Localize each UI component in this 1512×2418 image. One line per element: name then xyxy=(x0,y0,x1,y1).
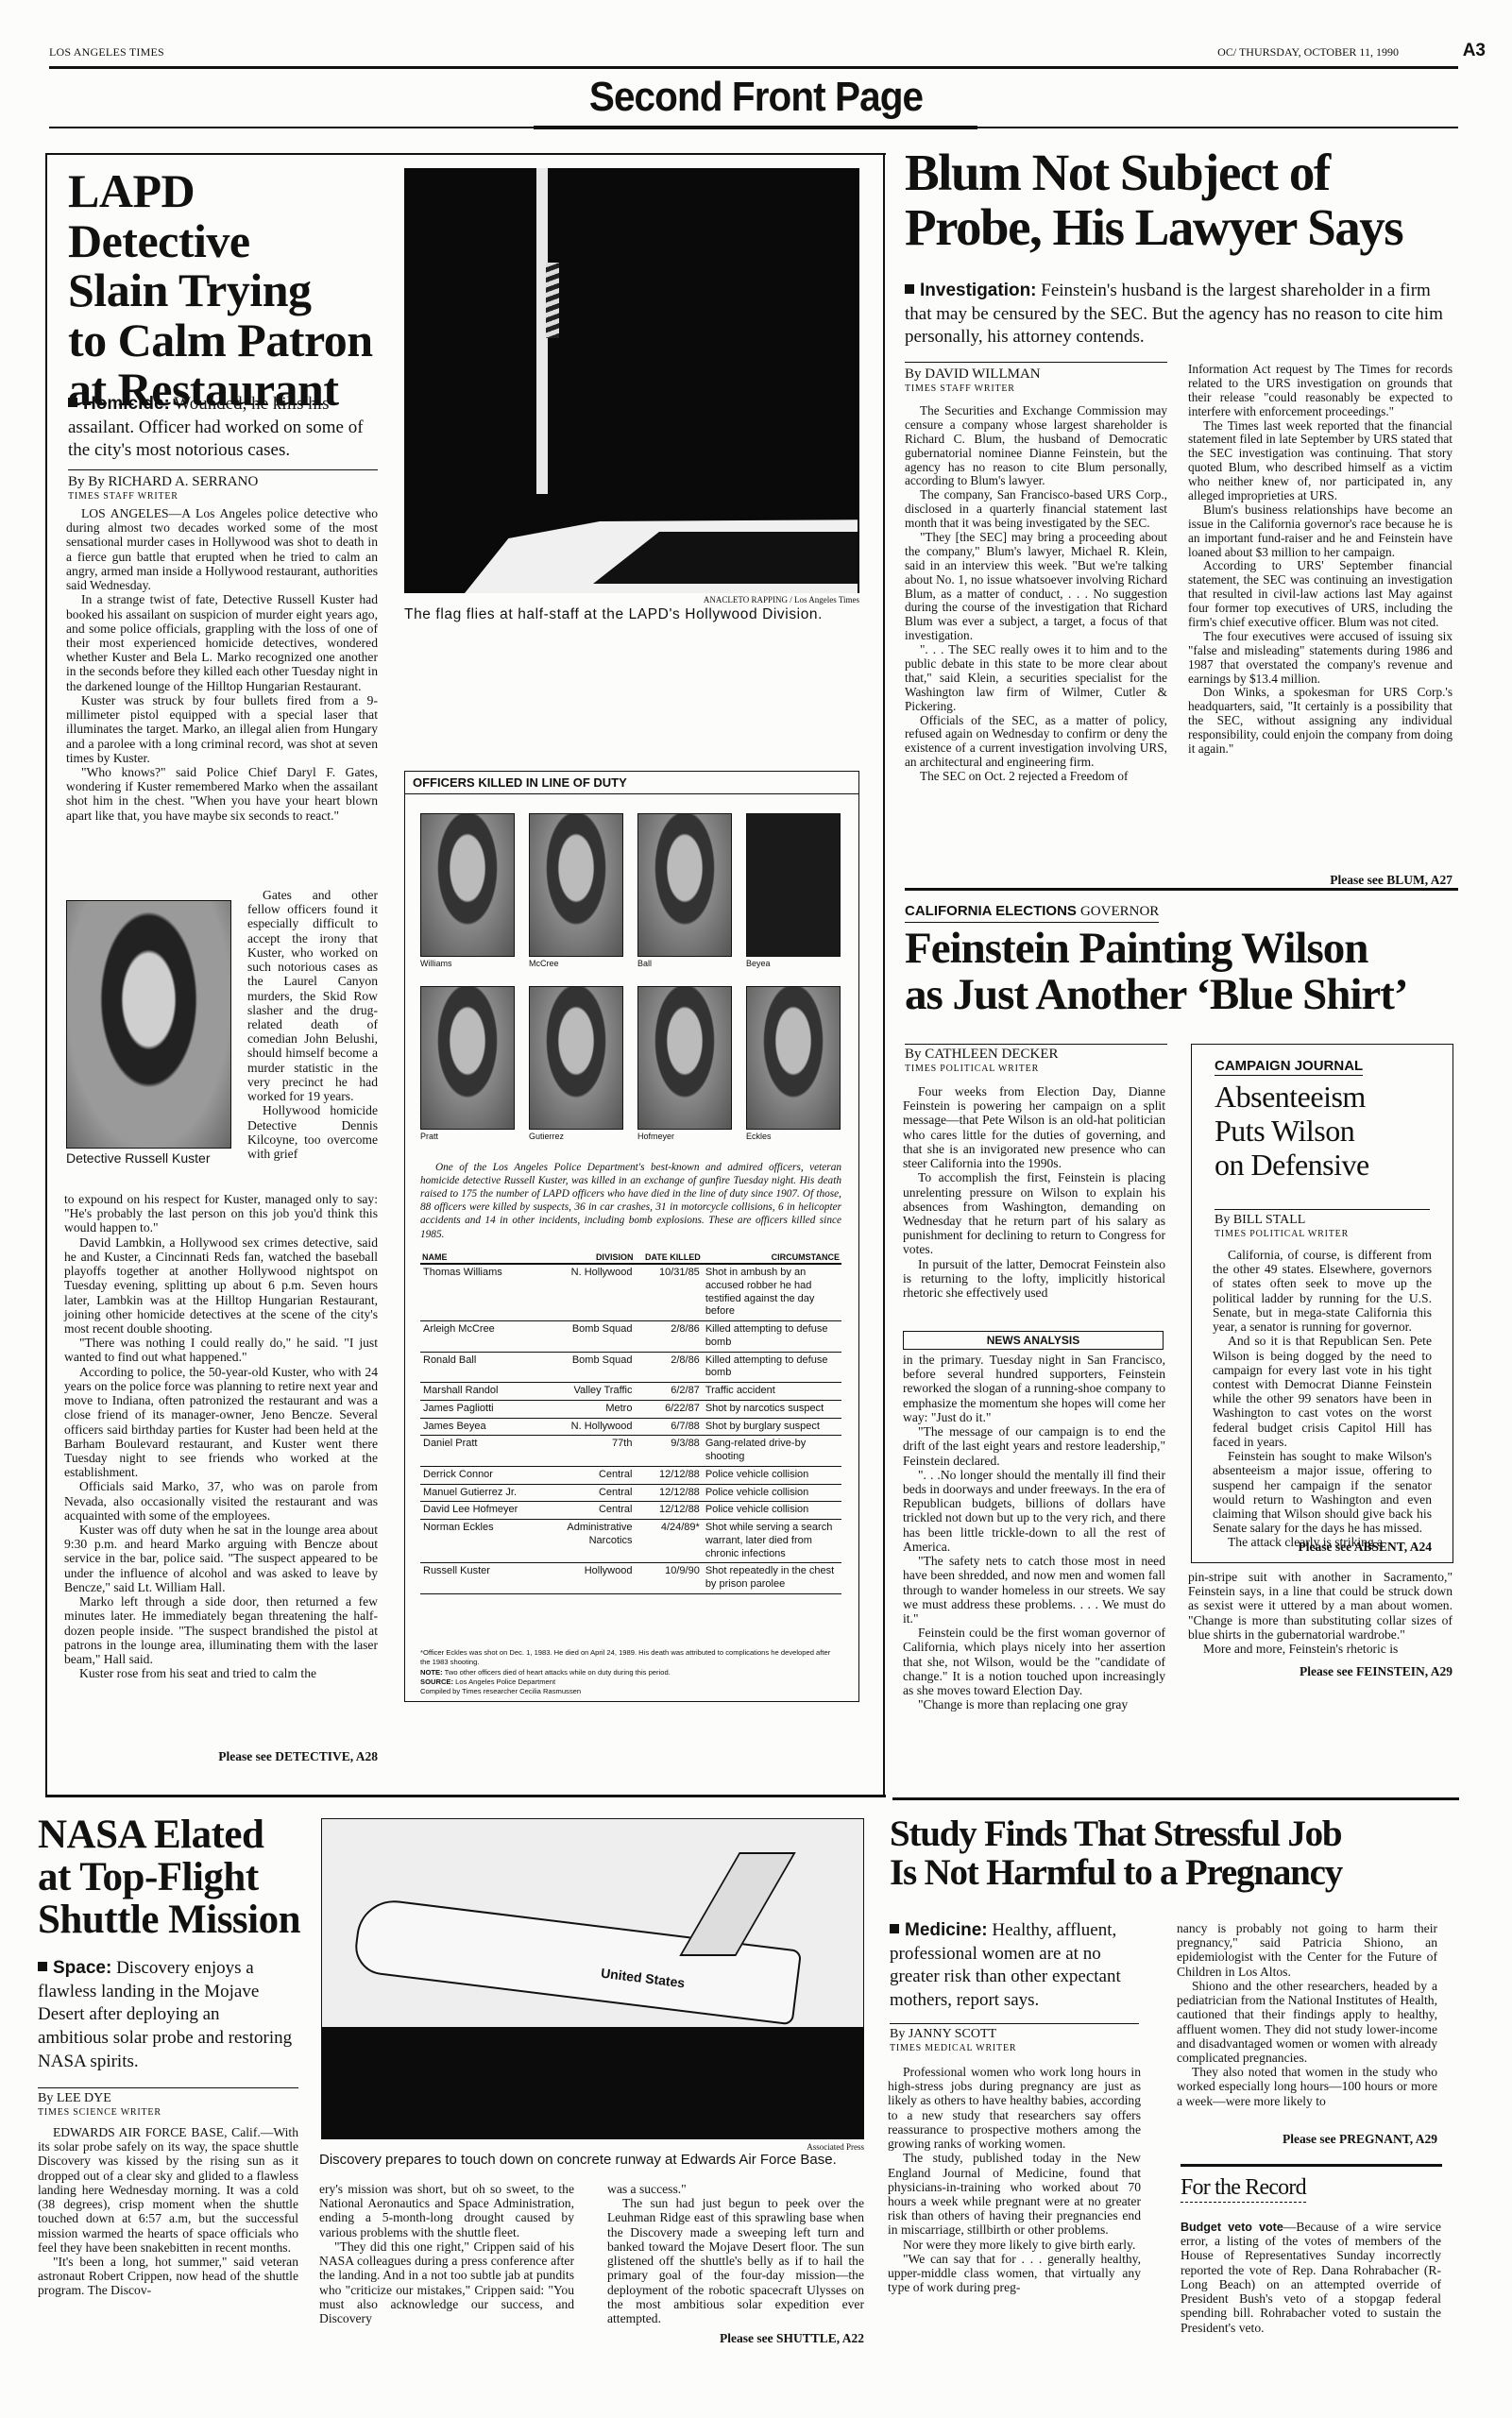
kuster-portrait xyxy=(66,900,231,1149)
cell-date: 6/7/88 xyxy=(635,1418,702,1436)
cell-date: 10/9/90 xyxy=(635,1563,702,1594)
compiled-credit: Compiled by Times researcher Cecilia Ras… xyxy=(420,1687,841,1696)
shuttle-photo-caption: Discovery prepares to touch down on conc… xyxy=(319,2152,867,2168)
paragraph: They also noted that women in the study … xyxy=(1177,2065,1437,2108)
paragraph: Officials said Marko, 37, who was on par… xyxy=(64,1479,378,1523)
campaign-journal-jump-link[interactable]: Please see ABSENT, A24 xyxy=(1230,1540,1432,1555)
cell-date: 4/24/89* xyxy=(635,1520,702,1563)
cell-date: 6/2/87 xyxy=(635,1383,702,1401)
campaign-journal-box: CAMPAIGN JOURNAL Absenteeism Puts Wilson… xyxy=(1191,1044,1453,1563)
for-the-record-body: Budget veto vote—Because of a wire servi… xyxy=(1181,2220,1441,2335)
blum-byline: By DAVID WILLMAN xyxy=(905,366,1041,383)
table-row: Marshall RandolValley Traffic6/2/87Traff… xyxy=(420,1383,841,1401)
feinstein-body-col1-bottom: in the primary. Tuesday night in San Fra… xyxy=(903,1353,1165,1711)
lapd-deck: Homicide: Wounded, he kills his assailan… xyxy=(68,393,380,463)
paragraph: Kuster was struck by four bullets fired … xyxy=(66,693,378,765)
paragraph: The four executives were accused of issu… xyxy=(1188,630,1453,687)
bottom-section-rule-right xyxy=(892,1797,1459,1800)
cell-circumstance: Gang-related drive-by shooting xyxy=(703,1436,841,1467)
headline-line: LAPD Detective xyxy=(68,166,380,265)
portrait-eckles xyxy=(746,986,841,1130)
blum-credit: TIMES STAFF WRITER xyxy=(905,383,1015,394)
lapd-border-right xyxy=(883,153,885,1796)
byline-rule xyxy=(38,2087,298,2088)
cell-date: 2/8/86 xyxy=(635,1321,702,1353)
lapd-headline[interactable]: LAPD Detective Slain Trying to Calm Patr… xyxy=(68,166,380,415)
nasa-body-col2: ery's mission was short, but oh so sweet… xyxy=(319,2182,574,2325)
cell-circumstance: Police vehicle collision xyxy=(703,1466,841,1484)
feinstein-credit: TIMES POLITICAL WRITER xyxy=(905,1064,1039,1074)
cell-name: Derrick Connor xyxy=(420,1466,538,1484)
cell-date: 2/8/86 xyxy=(635,1352,702,1383)
section-title: Second Front Page xyxy=(60,74,1452,121)
cell-name: Russell Kuster xyxy=(420,1563,538,1594)
nasa-byline: By LEE DYE xyxy=(38,2091,111,2106)
cell-date: 12/12/88 xyxy=(635,1484,702,1502)
cell-name: Marshall Randol xyxy=(420,1383,538,1401)
deck-label: Homicide: xyxy=(83,394,170,414)
footnote: *Officer Eckles was shot on Dec. 1, 1983… xyxy=(420,1648,841,1668)
portrait-label: Ball xyxy=(637,959,652,968)
shuttle-tail xyxy=(679,1852,796,1956)
feinstein-byline: By CATHLEEN DECKER xyxy=(905,1047,1059,1063)
edition-date: OC/ THURSDAY, OCTOBER 11, 1990 xyxy=(1217,45,1399,60)
lapd-border-left xyxy=(45,153,47,1796)
campaign-journal-credit: TIMES POLITICAL WRITER xyxy=(1215,1229,1349,1239)
paragraph: to expound on his respect for Kuster, ma… xyxy=(64,1192,378,1235)
paragraph: Feinstein could be the first woman gover… xyxy=(903,1626,1165,1697)
paragraph: In a strange twist of fate, Detective Ru… xyxy=(66,592,378,693)
paragraph: According to URS' September financial st… xyxy=(1188,559,1453,629)
paragraph: Hollywood homicide Detective Dennis Kilc… xyxy=(247,1103,378,1161)
page-number: A3 xyxy=(1463,41,1486,61)
campaign-journal-byline: By BILL STALL xyxy=(1215,1213,1305,1228)
cell-circumstance: Traffic accident xyxy=(703,1383,841,1401)
cell-circumstance: Shot in ambush by an accused robber he h… xyxy=(703,1264,841,1321)
paragraph: ". . . The SEC really owes it to him and… xyxy=(905,643,1167,713)
paragraph: EDWARDS AIR FORCE BASE, Calif.—With its … xyxy=(38,2125,298,2255)
officers-box-intro: One of the Los Angeles Police Department… xyxy=(420,1161,841,1241)
byline-rule xyxy=(1215,1209,1430,1210)
cell-division: Hollywood xyxy=(538,1563,636,1594)
cell-circumstance: Police vehicle collision xyxy=(703,1484,841,1502)
lapd-credit: TIMES STAFF WRITER xyxy=(68,491,178,502)
cell-name: James Pagliotti xyxy=(420,1400,538,1418)
lapd-border-top xyxy=(45,153,886,155)
source-text: Los Angeles Police Department xyxy=(455,1677,555,1686)
lapd-body-top: LOS ANGELES—A Los Angeles police detecti… xyxy=(66,506,378,823)
paragraph: Four weeks from Election Day, Dianne Fei… xyxy=(903,1084,1165,1170)
cell-name: Ronald Ball xyxy=(420,1352,538,1383)
paragraph: Kuster was off duty when he sat in the l… xyxy=(64,1523,378,1594)
headline-line: as Just Another ‘Blue Shirt’ xyxy=(905,972,1471,1018)
cell-name: Daniel Pratt xyxy=(420,1436,538,1467)
column-header-circumstance: CIRCUMSTANCE xyxy=(703,1252,841,1264)
cell-division: Central xyxy=(538,1484,636,1502)
paragraph: David Lambkin, a Hollywood sex crimes de… xyxy=(64,1235,378,1337)
paragraph: "It's been a long, hot summer," said vet… xyxy=(38,2255,298,2298)
paragraph: According to police, the 50-year-old Kus… xyxy=(64,1365,378,1480)
byline-rule xyxy=(890,2023,1139,2024)
officers-table-body: Thomas WilliamsN. Hollywood10/31/85Shot … xyxy=(420,1264,841,1593)
paragraph: ". . .No longer should the mentally ill … xyxy=(903,1468,1165,1554)
cell-name: Thomas Williams xyxy=(420,1264,538,1321)
pregnancy-jump-link[interactable]: Please see PREGNANT, A29 xyxy=(1228,2132,1437,2147)
pregnancy-body-col1: Professional women who work long hours i… xyxy=(888,2065,1141,2295)
paragraph: Marko left through a side door, then ret… xyxy=(64,1594,378,1666)
newspaper-name: LOS ANGELES TIMES xyxy=(49,45,164,60)
table-row: Manuel Gutierrez Jr.Central12/12/88Polic… xyxy=(420,1484,841,1502)
portrait-label: Beyea xyxy=(746,959,771,968)
shuttle-photo: United States xyxy=(321,1818,864,2139)
kicker-sub: GOVERNOR xyxy=(1080,904,1159,919)
cell-division: Central xyxy=(538,1466,636,1484)
kuster-portrait-caption: Detective Russell Kuster xyxy=(66,1150,211,1166)
paragraph: Blum's business relationships have becom… xyxy=(1188,503,1453,560)
headline-line: at Top-Flight xyxy=(38,1856,312,1899)
portrait-hofmeyer xyxy=(637,986,732,1130)
headline-line: Absenteeism xyxy=(1215,1081,1441,1115)
campaign-journal-body: California, of course, is different from… xyxy=(1213,1248,1432,1550)
table-row: Daniel Pratt77th9/3/88Gang-related drive… xyxy=(420,1436,841,1467)
campaign-journal-label: CAMPAIGN JOURNAL xyxy=(1215,1058,1363,1076)
cell-circumstance: Police vehicle collision xyxy=(703,1502,841,1520)
for-the-record-title: For the Record xyxy=(1181,2176,1306,2203)
table-row: James BeyeaN. Hollywood6/7/88Shot by bur… xyxy=(420,1418,841,1436)
paragraph: nancy is probably not going to harm thei… xyxy=(1177,1921,1437,1979)
portrait-label: Eckles xyxy=(746,1132,772,1141)
paragraph: The sun had just begun to peek over the … xyxy=(607,2196,864,2325)
paragraph: Nor were they more likely to give birth … xyxy=(888,2238,1141,2252)
paragraph: "Change is more than replacing one gray xyxy=(903,1697,1165,1711)
paragraph: "There was nothing I could really do," h… xyxy=(64,1336,378,1364)
section-rule-accent xyxy=(534,126,977,129)
pregnancy-deck: Medicine: Healthy, affluent, professiona… xyxy=(890,1919,1140,2013)
bullet-square-icon xyxy=(68,398,77,407)
deck-label: Space: xyxy=(53,1958,111,1978)
paragraph: pin-stripe suit with another in Sacramen… xyxy=(1188,1570,1453,1642)
top-rule xyxy=(49,66,1458,69)
for-the-record-lead: Budget veto vote xyxy=(1181,2221,1283,2234)
cell-name: David Lee Hofmeyer xyxy=(420,1502,538,1520)
flag-photo xyxy=(404,168,859,593)
pregnancy-body-col2: nancy is probably not going to harm thei… xyxy=(1177,1921,1437,2108)
deck-label: Medicine: xyxy=(905,1920,988,1940)
paragraph: The study, published today in the New En… xyxy=(888,2151,1141,2237)
news-analysis-label: NEWS ANALYSIS xyxy=(903,1331,1164,1350)
cell-date: 12/12/88 xyxy=(635,1466,702,1484)
portrait-williams xyxy=(420,813,515,957)
paragraph: in the primary. Tuesday night in San Fra… xyxy=(903,1353,1165,1424)
headline-line: Blum Not Subject of xyxy=(905,145,1471,200)
cell-division: 77th xyxy=(538,1436,636,1467)
byline-rule xyxy=(905,1044,1167,1045)
portrait-beyea xyxy=(746,813,841,957)
lapd-body-bottom: to expound on his respect for Kuster, ma… xyxy=(64,1192,378,1680)
table-row: Russell KusterHollywood10/9/90Shot repea… xyxy=(420,1563,841,1594)
paragraph: Professional women who work long hours i… xyxy=(888,2065,1141,2151)
blum-deck: Investigation: Feinstein's husband is th… xyxy=(905,280,1448,349)
cell-circumstance: Shot by burglary suspect xyxy=(703,1418,841,1436)
cell-date: 6/22/87 xyxy=(635,1400,702,1418)
blum-body-col2: Information Act request by The Times for… xyxy=(1188,363,1453,757)
paragraph: Shiono and the other researchers, headed… xyxy=(1177,1979,1437,2065)
bullet-square-icon xyxy=(890,1924,899,1933)
headline-line: NASA Elated xyxy=(38,1813,312,1856)
nasa-credit: TIMES SCIENCE WRITER xyxy=(38,2107,161,2118)
table-row: Thomas WilliamsN. Hollywood10/31/85Shot … xyxy=(420,1264,841,1321)
byline-rule xyxy=(68,469,378,470)
kicker-label: CALIFORNIA ELECTIONS xyxy=(905,903,1077,919)
column-header-name: NAME xyxy=(420,1252,538,1264)
cell-name: Manuel Gutierrez Jr. xyxy=(420,1484,538,1502)
table-row: Norman EcklesAdministrative Narcotics4/2… xyxy=(420,1520,841,1563)
runway-shadow xyxy=(322,2027,864,2139)
officers-table-wrap: NAME DIVISION DATE KILLED CIRCUMSTANCE T… xyxy=(420,1252,841,1594)
paragraph: "They [the SEC] may bring a proceeding a… xyxy=(905,531,1167,643)
flag-photo-credit: ANACLETO RAPPING / Los Angeles Times xyxy=(404,595,859,604)
lapd-byline: By By RICHARD A. SERRANO xyxy=(68,474,258,490)
table-header-row: NAME DIVISION DATE KILLED CIRCUMSTANCE xyxy=(420,1252,841,1264)
cell-name: Norman Eckles xyxy=(420,1520,538,1563)
nasa-body-col1: EDWARDS AIR FORCE BASE, Calif.—With its … xyxy=(38,2125,298,2298)
pregnancy-credit: TIMES MEDICAL WRITER xyxy=(890,2043,1016,2053)
paragraph: Gates and other fellow officers found it… xyxy=(247,888,378,1103)
for-the-record-rule xyxy=(1181,2164,1442,2167)
blum-jump-link[interactable]: Please see BLUM, A27 xyxy=(1264,873,1453,888)
portrait-label: Gutierrez xyxy=(529,1132,564,1141)
portrait-gutierrez xyxy=(529,986,623,1130)
cell-date: 9/3/88 xyxy=(635,1436,702,1467)
note-text: Two other officers died of heart attacks… xyxy=(445,1668,671,1677)
lapd-jump-link[interactable]: Please see DETECTIVE, A28 xyxy=(189,1749,378,1764)
paragraph: The Times last week reported that the fi… xyxy=(1188,419,1453,503)
pregnancy-headline[interactable]: Study Finds That Stressful Job Is Not Ha… xyxy=(890,1815,1456,1893)
paragraph: was a success." xyxy=(607,2182,864,2196)
headline-line: Puts Wilson xyxy=(1215,1115,1441,1149)
pregnancy-byline: By JANNY SCOTT xyxy=(890,2027,996,2042)
campaign-journal-headline[interactable]: Absenteeism Puts Wilson on Defensive xyxy=(1215,1081,1441,1182)
table-row: Arleigh McCreeBomb Squad2/8/86Killed att… xyxy=(420,1321,841,1353)
paragraph: "We can say that for . . . generally hea… xyxy=(888,2252,1141,2295)
cell-division: Valley Traffic xyxy=(538,1383,636,1401)
cell-date: 10/31/85 xyxy=(635,1264,702,1321)
cell-division: Bomb Squad xyxy=(538,1321,636,1353)
paragraph: "Who knows?" said Police Chief Daryl F. … xyxy=(66,765,378,823)
table-row: Derrick ConnorCentral12/12/88Police vehi… xyxy=(420,1466,841,1484)
cell-division: N. Hollywood xyxy=(538,1264,636,1321)
nasa-body-col3: was a success." The sun had just begun t… xyxy=(607,2182,864,2325)
bullet-square-icon xyxy=(38,1962,47,1971)
headline-line: Shuttle Mission xyxy=(38,1899,312,1941)
officers-table: NAME DIVISION DATE KILLED CIRCUMSTANCE T… xyxy=(420,1252,841,1594)
cell-circumstance: Killed attempting to defuse bomb xyxy=(703,1321,841,1353)
blum-bottom-rule xyxy=(905,888,1458,891)
blum-headline[interactable]: Blum Not Subject of Probe, His Lawyer Sa… xyxy=(905,145,1471,255)
column-header-date: DATE KILLED xyxy=(635,1252,702,1264)
officers-box-notes: *Officer Eckles was shot on Dec. 1, 1983… xyxy=(420,1648,841,1696)
paragraph: Information Act request by The Times for… xyxy=(1188,363,1453,419)
headline-line: to Calm Patron xyxy=(68,315,380,366)
paragraph: To accomplish the first, Feinstein is pl… xyxy=(903,1170,1165,1256)
blum-body-col1: The Securities and Exchange Commission m… xyxy=(905,404,1167,784)
headline-line: Probe, His Lawyer Says xyxy=(905,200,1471,255)
paragraph: Feinstein has sought to make Wilson's ab… xyxy=(1213,1449,1432,1535)
lapd-body-side: Gates and other fellow officers found it… xyxy=(247,888,378,1161)
cell-division: Administrative Narcotics xyxy=(538,1520,636,1563)
table-row: Ronald BallBomb Squad2/8/86Killed attemp… xyxy=(420,1352,841,1383)
paragraph: And so it is that Republican Sen. Pete W… xyxy=(1213,1334,1432,1449)
cell-circumstance: Shot by narcotics suspect xyxy=(703,1400,841,1418)
paragraph: Officials of the SEC, as a matter of pol… xyxy=(905,714,1167,771)
cell-name: Arleigh McCree xyxy=(420,1321,538,1353)
cell-name: James Beyea xyxy=(420,1418,538,1436)
portrait-label: Pratt xyxy=(420,1132,438,1141)
flag-photo-caption: The flag flies at half-staff at the LAPD… xyxy=(404,606,859,623)
paragraph: California, of course, is different from… xyxy=(1213,1248,1432,1334)
paragraph: "The message of our campaign is to end t… xyxy=(903,1424,1165,1468)
cell-circumstance: Shot repeatedly in the chest by prison p… xyxy=(703,1563,841,1594)
headline-line: Study Finds That Stressful Job xyxy=(890,1815,1456,1854)
portrait-label: McCree xyxy=(529,959,559,968)
bottom-section-rule-left xyxy=(45,1795,886,1797)
headline-line: Feinstein Painting Wilson xyxy=(905,926,1471,972)
feinstein-body-col2: pin-stripe suit with another in Sacramen… xyxy=(1188,1570,1453,1656)
source-label: SOURCE: xyxy=(420,1677,453,1686)
cell-circumstance: Shot while serving a search warrant, lat… xyxy=(703,1520,841,1563)
bullet-square-icon xyxy=(905,284,914,294)
officers-box-title: OFFICERS KILLED IN LINE OF DUTY xyxy=(405,772,858,794)
headline-line: Is Not Harmful to a Pregnancy xyxy=(890,1854,1456,1893)
cell-division: Bomb Squad xyxy=(538,1352,636,1383)
nasa-headline[interactable]: NASA Elated at Top-Flight Shuttle Missio… xyxy=(38,1813,312,1941)
byline-rule xyxy=(905,362,1167,363)
feinstein-jump-link[interactable]: Please see FEINSTEIN, A29 xyxy=(1228,1664,1453,1679)
cell-division: N. Hollywood xyxy=(538,1418,636,1436)
shuttle-photo-credit: Associated Press xyxy=(321,2142,864,2152)
paragraph: LOS ANGELES—A Los Angeles police detecti… xyxy=(66,506,378,592)
table-row: David Lee HofmeyerCentral12/12/88Police … xyxy=(420,1502,841,1520)
feinstein-headline[interactable]: Feinstein Painting Wilson as Just Anothe… xyxy=(905,926,1471,1019)
paragraph: "They did this one right," Crippen said … xyxy=(319,2239,574,2325)
paragraph: The company, San Francisco-based URS Cor… xyxy=(905,488,1167,531)
column-header-division: DIVISION xyxy=(538,1252,636,1264)
cell-division: Metro xyxy=(538,1400,636,1418)
paragraph: Don Winks, a spokesman for URS Corp.'s h… xyxy=(1188,686,1453,756)
cell-division: Central xyxy=(538,1502,636,1520)
table-row: James PagliottiMetro6/22/87Shot by narco… xyxy=(420,1400,841,1418)
flag xyxy=(546,263,559,338)
paragraph: The SEC on Oct. 2 rejected a Freedom of xyxy=(905,770,1167,784)
portrait-pratt xyxy=(420,986,515,1130)
note-label: NOTE: xyxy=(420,1668,443,1677)
cell-date: 12/12/88 xyxy=(635,1502,702,1520)
portrait-mccree xyxy=(529,813,623,957)
nasa-deck: Space: Discovery enjoys a flawless landi… xyxy=(38,1957,293,2073)
for-the-record-text: —Because of a wire service error, a list… xyxy=(1181,2220,1441,2335)
deck-label: Investigation: xyxy=(920,281,1037,300)
paragraph: The Securities and Exchange Commission m… xyxy=(905,404,1167,488)
paragraph: "The safety nets to catch those most in … xyxy=(903,1554,1165,1626)
portrait-label: Williams xyxy=(420,959,452,968)
feinstein-kicker: CALIFORNIA ELECTIONS GOVERNOR xyxy=(905,903,1159,923)
paragraph: Kuster rose from his seat and tried to c… xyxy=(64,1666,378,1680)
paragraph: ery's mission was short, but oh so sweet… xyxy=(319,2182,574,2239)
headline-line: Slain Trying xyxy=(68,265,380,315)
portrait-ball xyxy=(637,813,732,957)
portrait-label: Hofmeyer xyxy=(637,1132,674,1141)
officers-killed-box: OFFICERS KILLED IN LINE OF DUTY Williams… xyxy=(404,771,859,1702)
headline-line: on Defensive xyxy=(1215,1149,1441,1183)
paragraph: In pursuit of the latter, Democrat Feins… xyxy=(903,1257,1165,1301)
feinstein-body-col1-top: Four weeks from Election Day, Dianne Fei… xyxy=(903,1084,1165,1300)
nasa-jump-link[interactable]: Please see SHUTTLE, A22 xyxy=(675,2331,864,2346)
cell-circumstance: Killed attempting to defuse bomb xyxy=(703,1352,841,1383)
paragraph: More and more, Feinstein's rhetoric is xyxy=(1188,1642,1453,1656)
